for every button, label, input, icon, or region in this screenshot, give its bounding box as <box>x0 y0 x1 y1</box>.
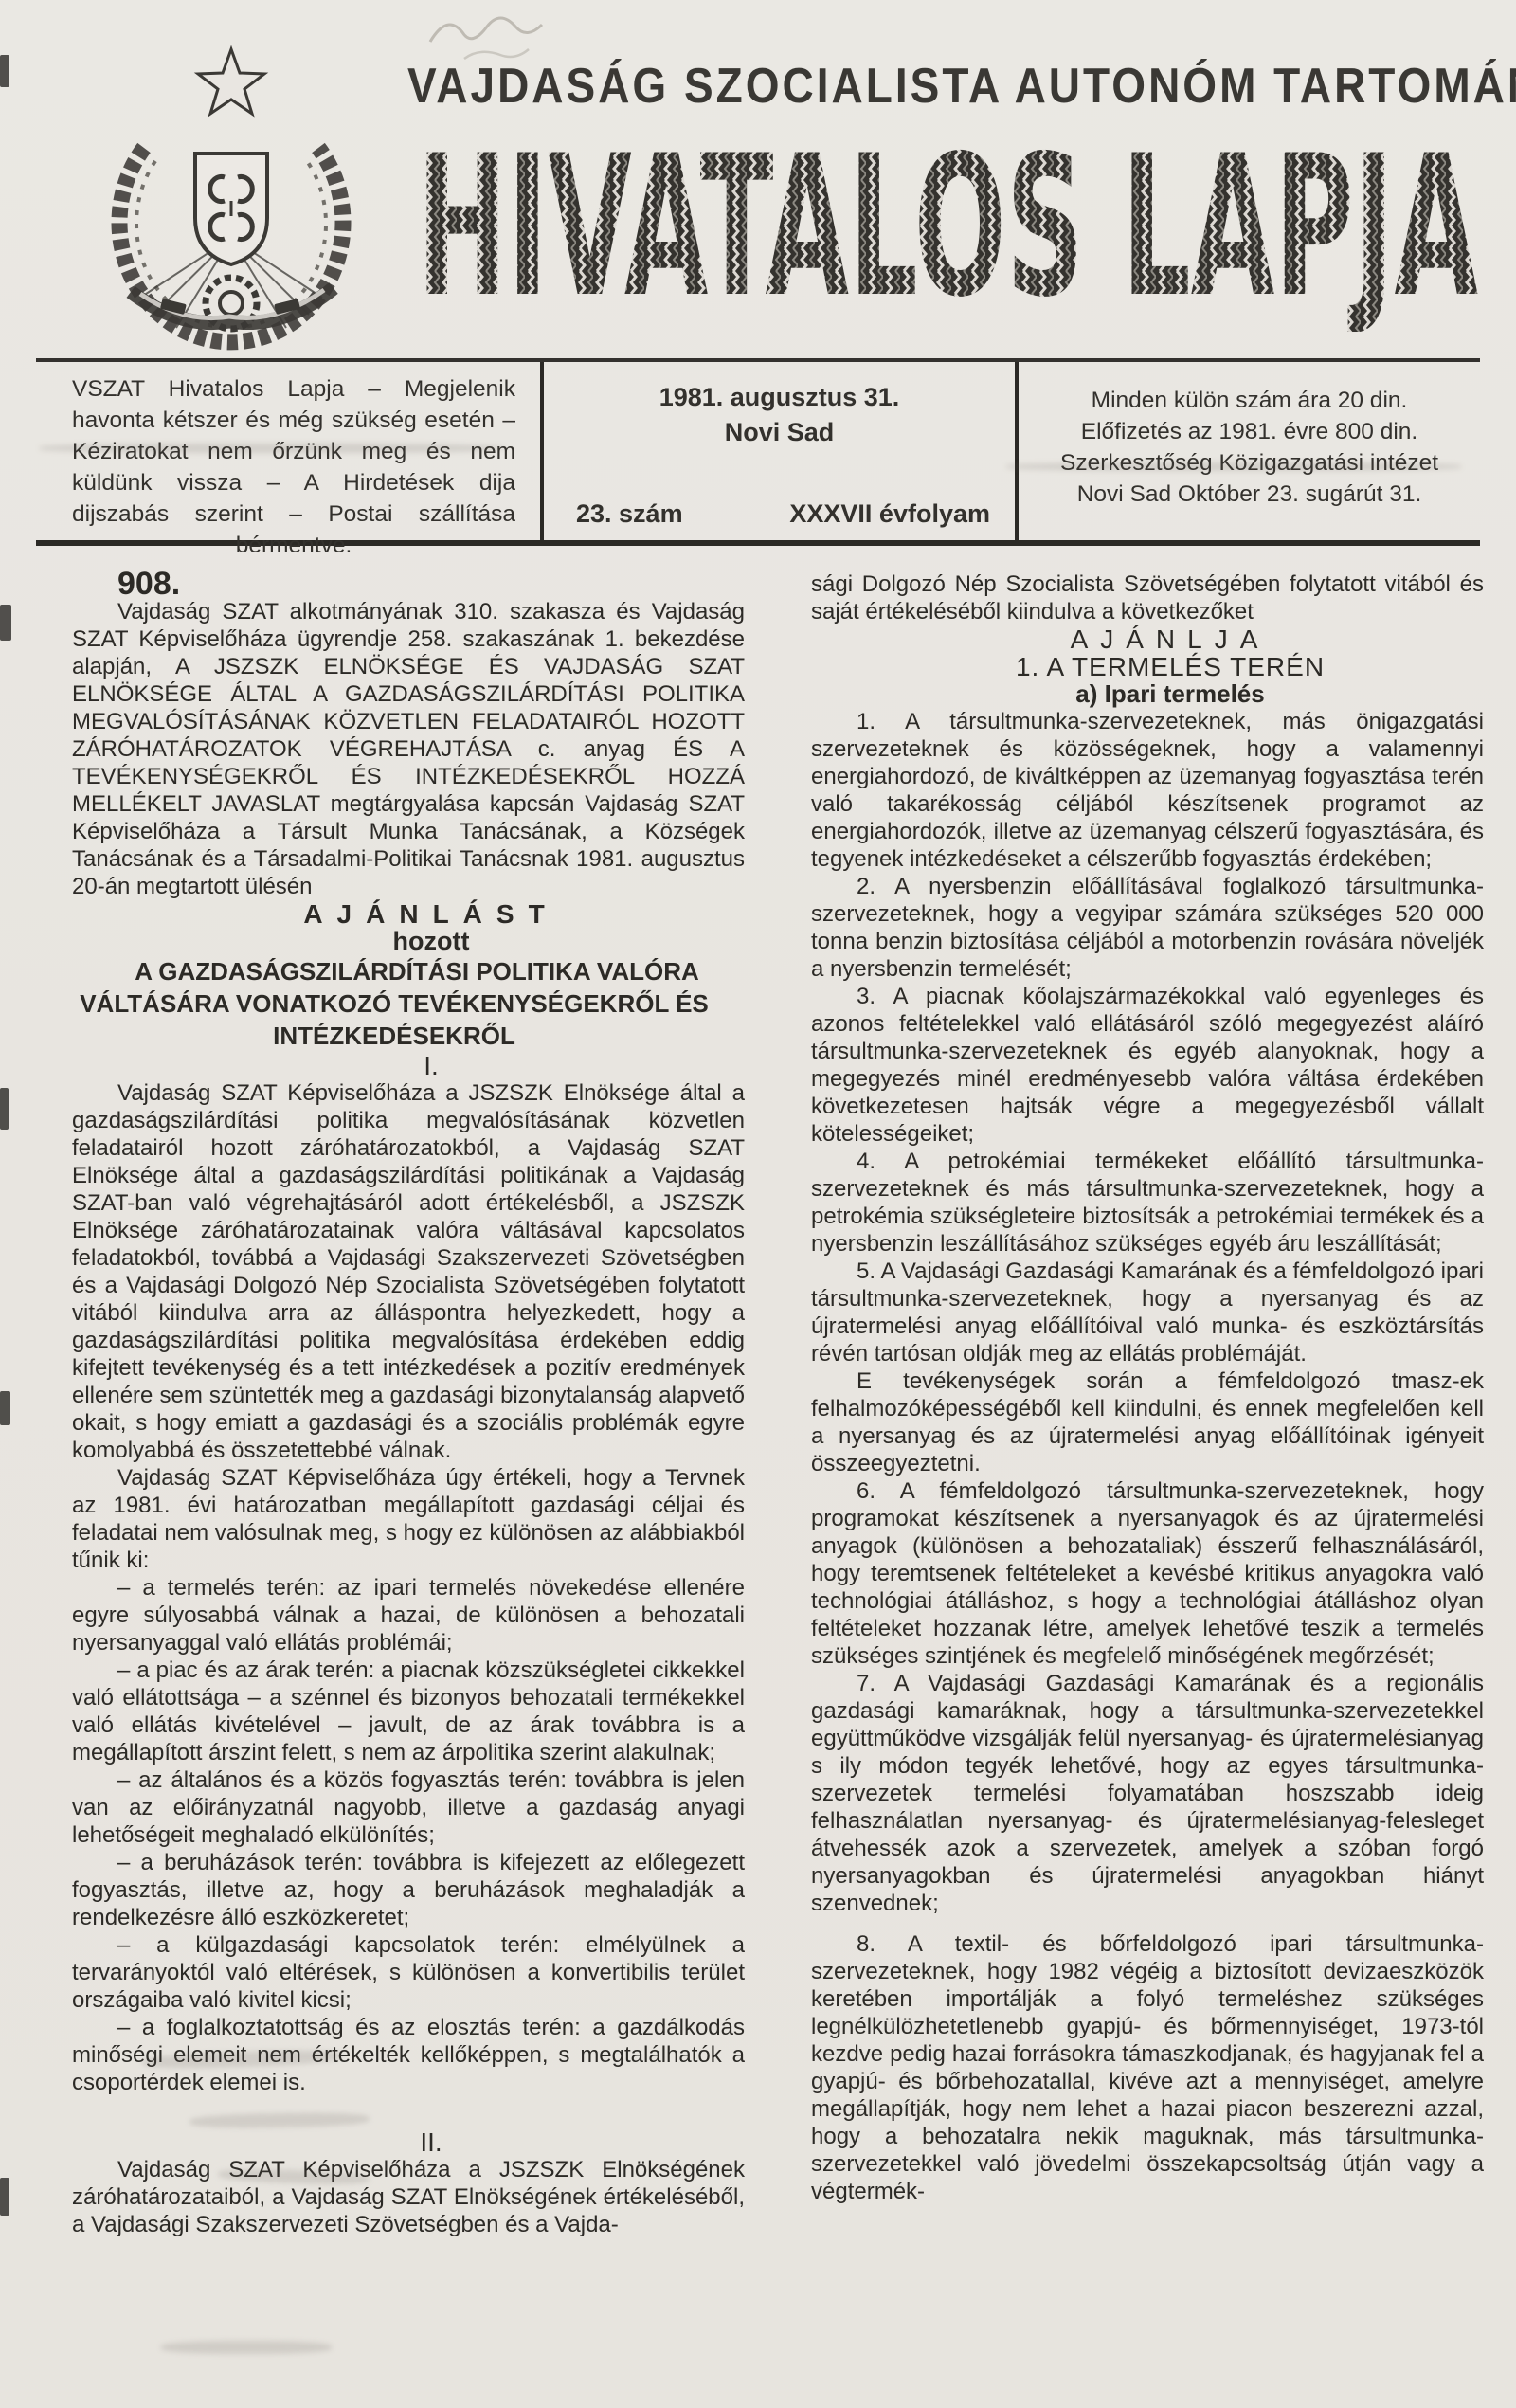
price-editorial-info: Minden külön szám ára 20 din. Előfizetés… <box>1019 362 1480 540</box>
issue-city: Novi Sad <box>544 418 1015 447</box>
document-title: A GAZDASÁGSZILÁRDÍTÁSI POLITIKA VALÓRA V… <box>72 955 716 1052</box>
issue-info: 1981. augusztus 31. Novi Sad 23. szám XX… <box>540 362 1019 540</box>
subsection-heading: a) Ipari termelés <box>811 680 1484 708</box>
paragraph: Vajdaság SZAT Képviselőháza úgy értékeli… <box>72 1464 745 1574</box>
list-item: – a termelés terén: az ipari termelés nö… <box>72 1574 745 1657</box>
gazette-page: VAJDASÁG SZOCIALISTA AUTONÓM TARTOMÁNY H… <box>0 0 1516 2408</box>
province-name-line: VAJDASÁG SZOCIALISTA AUTONÓM TARTOMÁNY <box>407 57 1488 114</box>
chapter-heading: 1. A TERMELÉS TERÉN <box>811 653 1484 680</box>
ajanlja-word: AJÁNLJA <box>811 625 1484 653</box>
hozott-label: hozott <box>72 928 745 955</box>
list-item: 8. A textil- és bőrfeldolgozó ipari társ… <box>811 1930 1484 2205</box>
info-bar: VSZAT Hivatalos Lapja – Megjelenik havon… <box>36 358 1480 546</box>
paragraph: Vajdaság SZAT Képviselőháza a JSZSZK Eln… <box>72 2156 745 2238</box>
gazette-title-text: HIVATALOS LAPJA <box>417 115 1478 332</box>
right-column: sági Dolgozó Nép Szocialista Szövetségéb… <box>811 570 1484 2238</box>
section-numeral: II. <box>72 2128 745 2156</box>
list-item: – az általános és a közös fogyasztás ter… <box>72 1766 745 1849</box>
list-item: 7. A Vajdasági Gazdasági Kamarának és a … <box>811 1670 1484 1917</box>
article-number: 908. <box>72 570 745 598</box>
paragraph: Vajdaság SZAT alkotmányának 310. szakasz… <box>72 598 745 900</box>
scan-edge-mark <box>0 1088 9 1130</box>
list-item: 1. A társultmunka-szervezeteknek, más ön… <box>811 708 1484 873</box>
scan-edge-mark <box>0 605 11 641</box>
list-item: – a külgazdasági kapcsolatok terén: elmé… <box>72 1931 745 2014</box>
scan-artifact <box>161 2341 332 2354</box>
gazette-title-art: HIVATALOS LAPJA <box>406 112 1490 332</box>
article-body: 908. Vajdaság SZAT alkotmányának 310. sz… <box>72 570 1484 2238</box>
section-numeral: I. <box>72 1052 745 1079</box>
list-item: – a piac és az árak terén: a piacnak köz… <box>72 1657 745 1766</box>
list-item: – a foglalkoztatottság és az elosztás te… <box>72 2014 745 2096</box>
paragraph: sági Dolgozó Nép Szocialista Szövetségéb… <box>811 570 1484 625</box>
publication-info: VSZAT Hivatalos Lapja – Megjelenik havon… <box>36 362 540 540</box>
scan-edge-mark <box>0 55 9 87</box>
list-item: 6. A fémfeldolgozó társultmunka-szerveze… <box>811 1477 1484 1670</box>
list-item: 5. A Vajdasági Gazdasági Kamarának és a … <box>811 1258 1484 1367</box>
scan-edge-mark <box>0 2178 9 2216</box>
scan-edge-mark <box>0 1391 10 1425</box>
list-item: 2. A nyersbenzin előállításával foglalko… <box>811 873 1484 983</box>
paragraph: Vajdaság SZAT Képviselőháza a JSZSZK Eln… <box>72 1079 745 1464</box>
issue-volume: XXXVII évfolyam <box>789 499 990 529</box>
recommendation-word: AJÁNLÁST <box>72 900 745 928</box>
list-item: 4. A petrokémiai termékeket előállító tá… <box>811 1148 1484 1258</box>
list-item: – a beruházások terén: továbbra is kifej… <box>72 1849 745 1931</box>
paragraph: E tevékenységek során a fémfeldolgozó tm… <box>811 1367 1484 1477</box>
issue-number: 23. szám <box>576 499 683 529</box>
list-item: 3. A piacnak kőolajszármazékokkal való e… <box>811 983 1484 1148</box>
issue-date: 1981. augusztus 31. <box>544 383 1015 412</box>
coat-of-arms-icon <box>49 44 414 366</box>
left-column: 908. Vajdaság SZAT alkotmányának 310. sz… <box>72 570 745 2238</box>
